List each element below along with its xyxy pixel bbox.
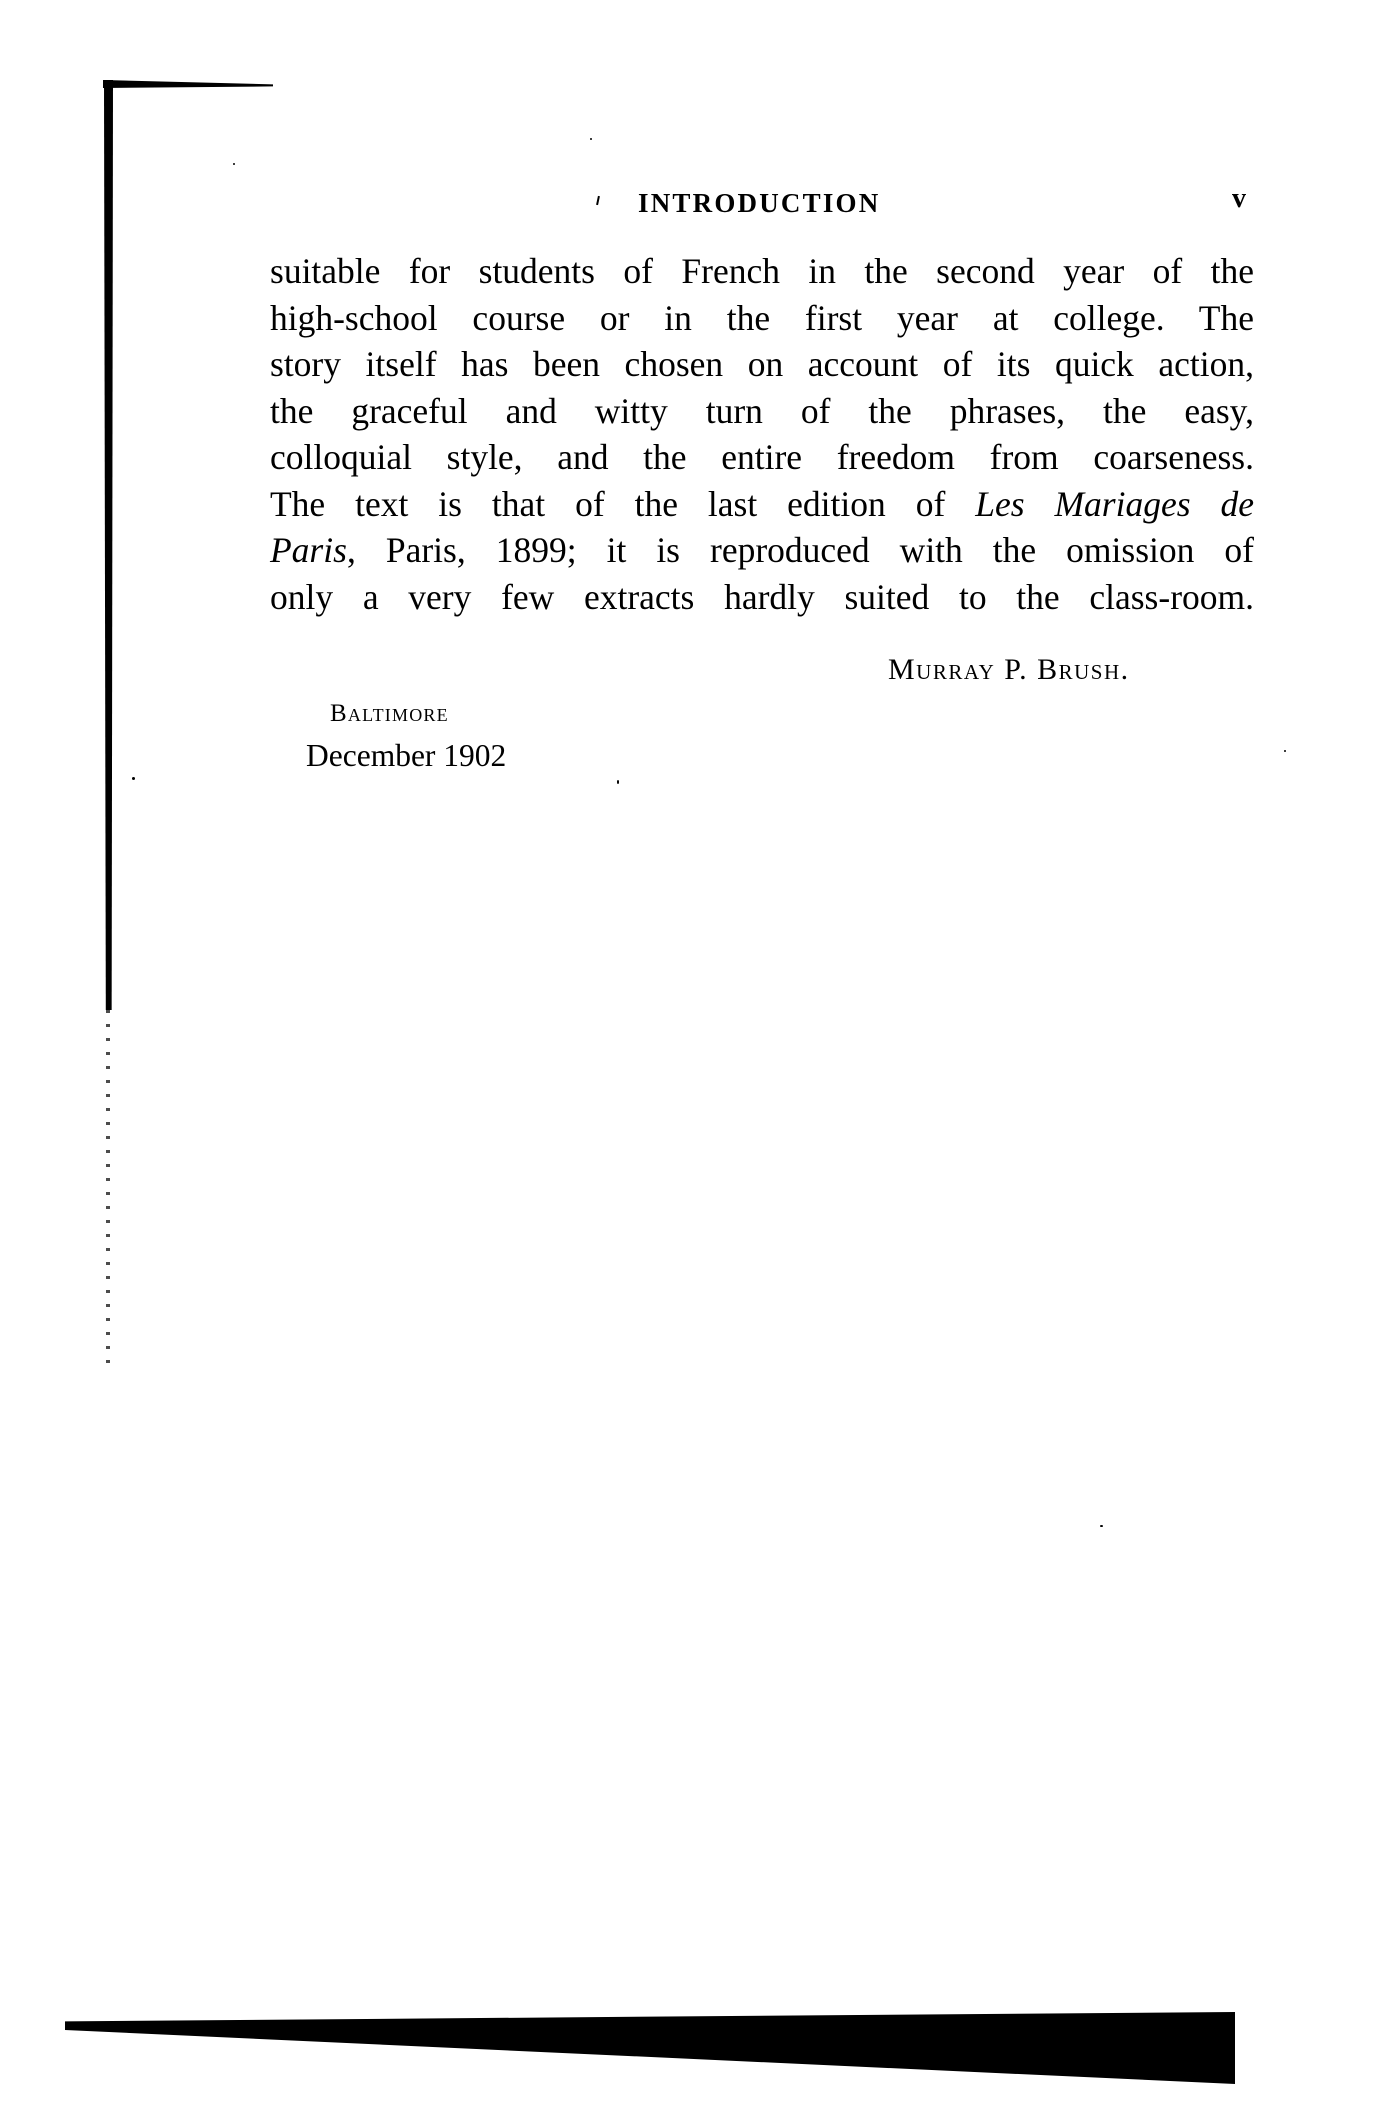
- text-line: the graceful and witty turn of the phras…: [270, 388, 1254, 435]
- page-number: v: [1232, 182, 1246, 216]
- author-signature: Murray P. Brush.: [888, 650, 1130, 690]
- text-line: only a very few extracts hardly suited t…: [270, 574, 1254, 621]
- scan-speck: [590, 138, 592, 140]
- scan-speck: [1100, 1525, 1103, 1527]
- text-line: story itself has been chosen on account …: [270, 341, 1254, 388]
- text-run: , Paris, 1899; it is reproduced with the…: [347, 530, 1254, 570]
- book-title-italic: Les Mariages de: [975, 484, 1254, 524]
- scan-speck: [1284, 750, 1286, 752]
- place-line: Baltimore: [330, 696, 449, 732]
- scan-bottom-edge-bar: [65, 2012, 1235, 2084]
- scan-speck: [617, 780, 619, 784]
- date-line: December 1902: [306, 736, 506, 776]
- scan-margin-speckle: [106, 1010, 110, 1370]
- scan-corner-mark-vertical: [104, 80, 113, 1010]
- book-title-italic: Paris: [270, 530, 347, 570]
- text-line: suitable for students of French in the s…: [270, 248, 1254, 295]
- scan-speck: [132, 777, 135, 780]
- scan-tick-mark: [596, 196, 600, 205]
- scan-corner-mark-horizontal: [103, 80, 273, 88]
- text-run: The text is that of the last edition of: [270, 484, 975, 524]
- text-line: colloquial style, and the entire freedom…: [270, 434, 1254, 481]
- running-head: INTRODUCTION: [638, 186, 880, 220]
- scan-speck: [233, 163, 235, 165]
- text-line: The text is that of the last edition of …: [270, 481, 1254, 528]
- body-paragraph: suitable for students of French in the s…: [270, 248, 1254, 620]
- text-line: high-school course or in the first year …: [270, 295, 1254, 342]
- text-line: Paris, Paris, 1899; it is reproduced wit…: [270, 527, 1254, 574]
